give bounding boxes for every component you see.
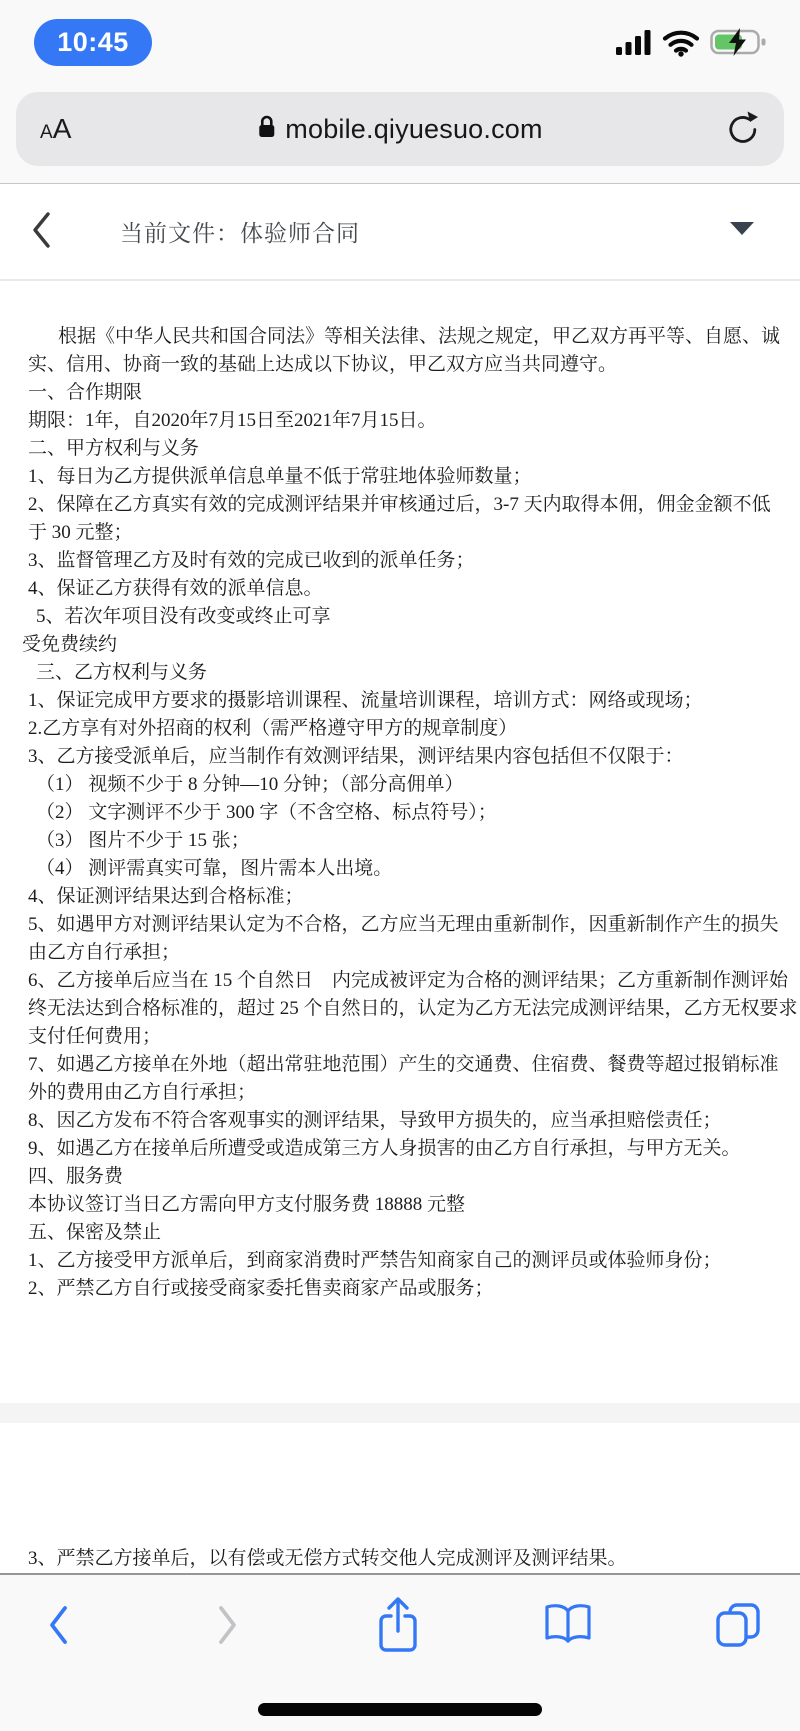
document-line: 五、保密及禁止 xyxy=(28,1219,772,1247)
share-icon[interactable] xyxy=(375,1595,421,1655)
document-line: 实、信用、协商一致的基础上达成以下协议，甲乙双方应当共同遵守。 xyxy=(28,351,772,379)
contract-document: 根据《中华人民共和国合同法》等相关法律、法规之规定，甲乙双方再平等、自愿、诚 实… xyxy=(0,281,800,1573)
wifi-icon xyxy=(662,28,700,57)
document-line: 本协议签订当日乙方需向甲方支付服务费 18888 元整 xyxy=(28,1191,772,1219)
forward-icon[interactable] xyxy=(214,1602,242,1648)
document-line: 外的费用由乙方自行承担； xyxy=(28,1079,772,1107)
status-icons xyxy=(616,27,772,57)
document-page-1: 根据《中华人民共和国合同法》等相关法律、法规之规定，甲乙双方再平等、自愿、诚 实… xyxy=(0,281,800,1403)
status-time-pill[interactable]: 10:45 xyxy=(34,19,152,66)
url-text: mobile.qiyuesuo.com xyxy=(285,114,542,145)
document-line: 于 30 元整； xyxy=(28,519,772,547)
document-line: 5、若次年项目没有改变或终止可享 xyxy=(28,603,772,631)
dropdown-caret-icon[interactable] xyxy=(730,222,754,235)
back-icon[interactable] xyxy=(44,1602,72,1648)
document-line: 受免费续约 xyxy=(22,631,772,659)
document-line: 9、如遇乙方在接单后所遭受或造成第三方人身损害的由乙方自行承担，与甲方无关。 xyxy=(28,1135,772,1163)
document-line: 由乙方自行承担； xyxy=(28,939,772,967)
lock-icon xyxy=(257,114,276,144)
document-line: 一、合作期限 xyxy=(28,379,772,407)
document-line: 4、保证测评结果达到合格标准； xyxy=(28,883,772,911)
bookmarks-icon[interactable] xyxy=(542,1602,594,1648)
reload-button[interactable] xyxy=(725,111,760,147)
document-line: （1） 视频不少于 8 分钟—10 分钟；（部分高佣单） xyxy=(28,771,772,799)
document-line: （4） 测评需真实可靠，图片需本人出境。 xyxy=(28,855,772,883)
battery-charging-icon xyxy=(710,27,772,57)
tabs-icon[interactable] xyxy=(713,1600,763,1650)
home-indicator[interactable] xyxy=(258,1703,542,1716)
status-time: 10:45 xyxy=(57,27,129,58)
document-line: 四、服务费 xyxy=(28,1163,772,1191)
document-line: （2） 文字测评不少于 300 字（不含空格、标点符号）； xyxy=(28,799,772,827)
page-break-gap xyxy=(0,1403,800,1423)
browser-top-chrome: 10:45 xyxy=(0,0,800,184)
document-line: 二、甲方权利与义务 xyxy=(28,435,772,463)
url-bar[interactable]: AA mobile.qiyuesuo.com xyxy=(16,92,784,166)
document-page-2: 3、严禁乙方接单后，以有偿或无偿方式转交他人完成测评及测评结果。 xyxy=(0,1423,800,1573)
document-header: 当前文件：体验师合同 xyxy=(0,184,800,281)
reader-label-small: A xyxy=(40,122,53,144)
document-line: 根据《中华人民共和国合同法》等相关法律、法规之规定，甲乙双方再平等、自愿、诚 xyxy=(28,323,772,351)
document-line: （3） 图片不少于 15 张； xyxy=(28,827,772,855)
document-line: 8、因乙方发布不符合客观事实的测评结果，导致甲方损失的，应当承担赔偿责任； xyxy=(28,1107,772,1135)
reader-label-large: A xyxy=(53,113,72,145)
document-line: 5、如遇甲方对测评结果认定为不合格，乙方应当无理由重新制作，因重新制作产生的损失 xyxy=(28,911,772,939)
document-line: 3、监督管理乙方及时有效的完成已收到的派单任务； xyxy=(28,547,772,575)
document-line: 6、乙方接单后应当在 15 个自然日 内完成被评定为合格的测评结果；乙方重新制作… xyxy=(28,967,772,995)
back-chevron-icon[interactable] xyxy=(28,210,54,255)
page-title: 当前文件：体验师合同 xyxy=(120,215,360,248)
cellular-signal-icon xyxy=(616,29,652,55)
document-line: 期限：1年，自2020年7月15日至2021年7月15日。 xyxy=(28,407,772,435)
document-line: 3、乙方接受派单后，应当制作有效测评结果，测评结果内容包括但不仅限于： xyxy=(28,743,772,771)
document-line: 1、保证完成甲方要求的摄影培训课程、流量培训课程，培训方式：网络或现场； xyxy=(28,687,772,715)
document-line: 7、如遇乙方接单在外地（超出常驻地范围）产生的交通费、住宿费、餐费等超过报销标准 xyxy=(28,1051,772,1079)
document-line: 2.乙方享有对外招商的权利（需严格遵守甲方的规章制度） xyxy=(28,715,772,743)
document-line: 支付任何费用； xyxy=(28,1023,772,1051)
document-line: 1、乙方接受甲方派单后，到商家消费时严禁告知商家自己的测评员或体验师身份； xyxy=(28,1247,772,1275)
browser-bottom-toolbar xyxy=(0,1573,800,1731)
document-line: 2、严禁乙方自行或接受商家委托售卖商家产品或服务； xyxy=(28,1275,772,1303)
document-line: 1、每日为乙方提供派单信息单量不低于常驻地体验师数量； xyxy=(28,463,772,491)
document-line: 4、保证乙方获得有效的派单信息。 xyxy=(28,575,772,603)
document-line: 3、严禁乙方接单后，以有偿或无偿方式转交他人完成测评及测评结果。 xyxy=(28,1545,772,1573)
document-line: 终无法达到合格标准的，超过 25 个自然日的，认定为乙方无法完成测评结果，乙方无… xyxy=(28,995,772,1023)
reader-options-button[interactable]: AA xyxy=(40,113,71,145)
document-line: 2、保障在乙方真实有效的完成测评结果并审核通过后，3-7 天内取得本佣，佣金金额… xyxy=(28,491,772,519)
url-display[interactable]: mobile.qiyuesuo.com xyxy=(257,114,542,145)
document-line: 三、乙方权利与义务 xyxy=(28,659,772,687)
